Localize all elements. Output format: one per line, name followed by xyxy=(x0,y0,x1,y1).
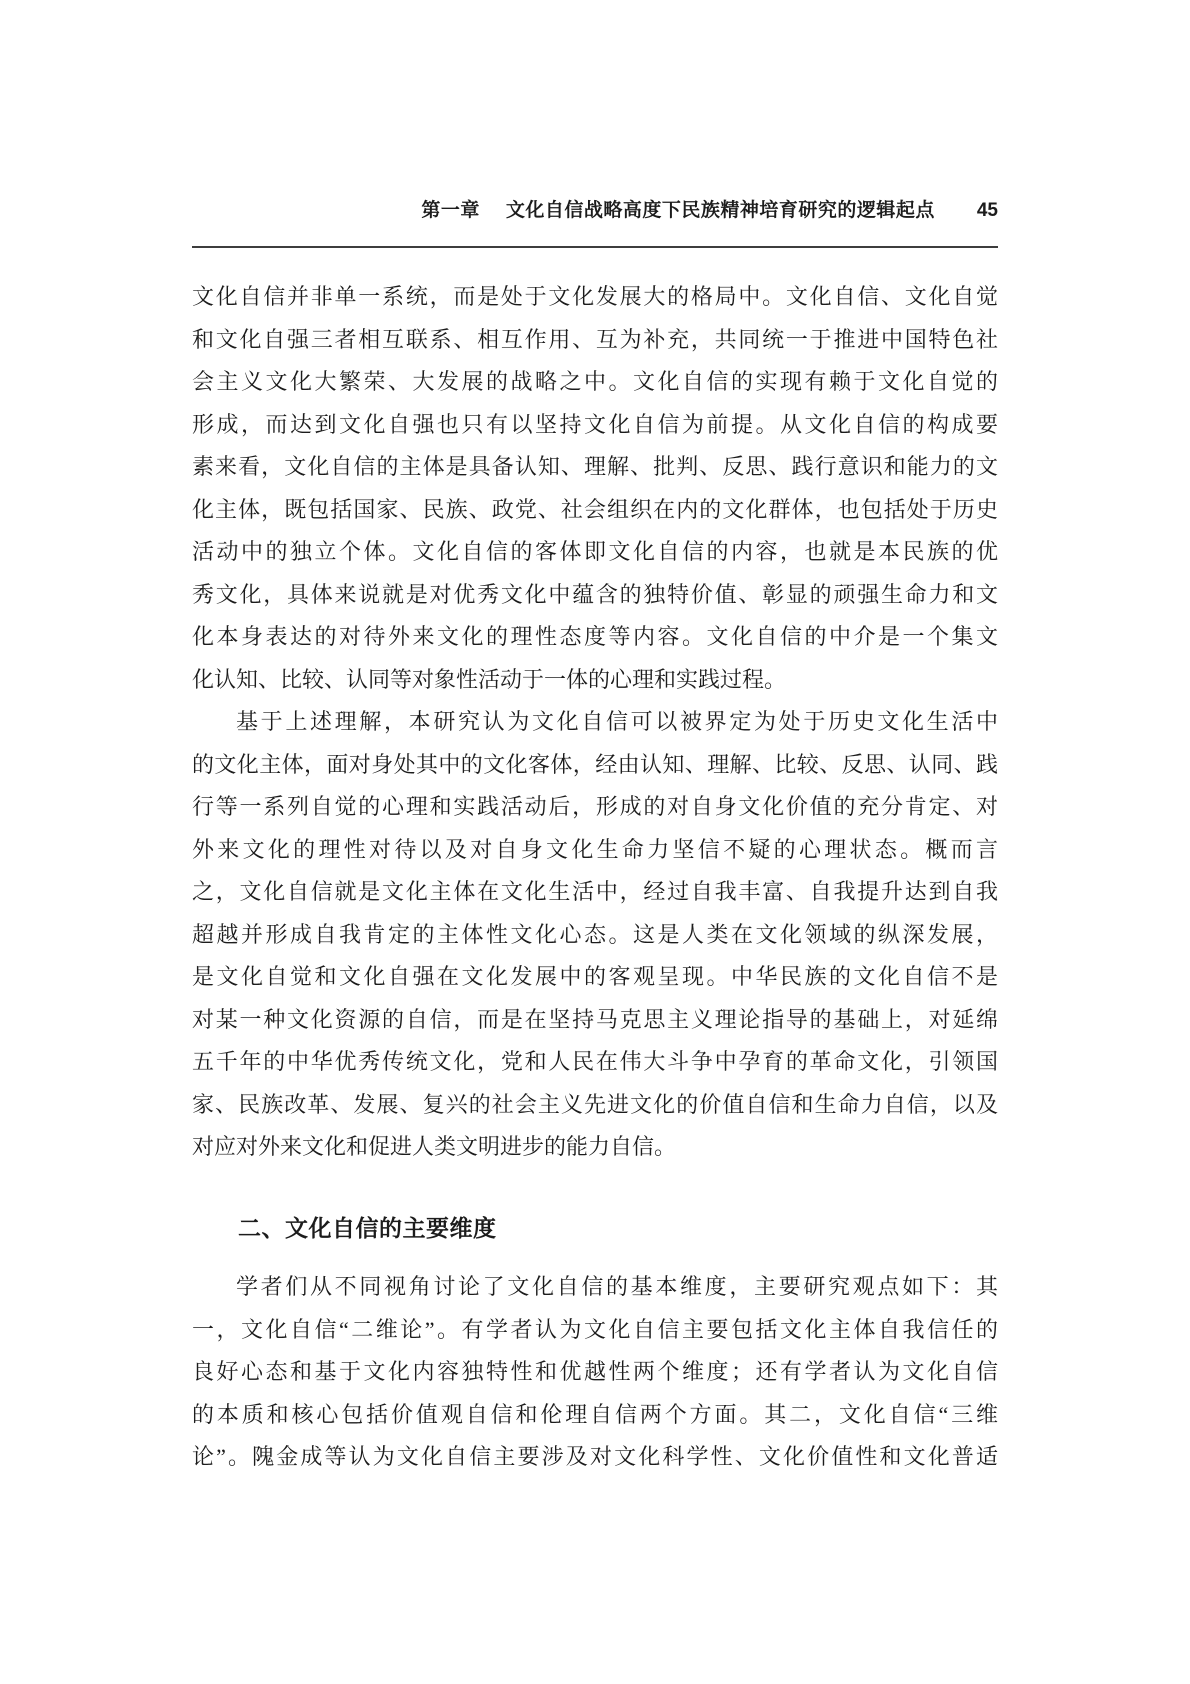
text-line: 和文化自强三者相互联系、相互作用、互为补充，共同统一于推进中国特色社 xyxy=(192,319,998,362)
text-line: 对某一种文化资源的自信，而是在坚持马克思主义理论指导的基础上，对延绵 xyxy=(192,999,998,1042)
text-line: 文化自信并非单一系统，而是处于文化发展大的格局中。文化自信、文化自觉 xyxy=(192,276,998,319)
text-line: 外来文化的理性对待以及对自身文化生命力坚信不疑的心理状态。概而言 xyxy=(192,829,998,872)
text-line: 论”。隗金成等认为文化自信主要涉及对文化科学性、文化价值性和文化普适 xyxy=(192,1436,998,1479)
chapter-title: 文化自信战略高度下民族精神培育研究的逻辑起点 xyxy=(506,200,935,221)
running-header: 第一章文化自信战略高度下民族精神培育研究的逻辑起点45 xyxy=(192,198,998,224)
text-line: 良好心态和基于文化内容独特性和优越性两个维度；还有学者认为文化自信 xyxy=(192,1351,998,1394)
text-line: 行等一系列自觉的心理和实践活动后，形成的对自身文化价值的充分肯定、对 xyxy=(192,786,998,829)
text-line: 的文化主体，面对身处其中的文化客体，经由认知、理解、比较、反思、认同、践 xyxy=(192,744,998,787)
chapter-label: 第一章 xyxy=(421,200,480,221)
text-line: 活动中的独立个体。文化自信的客体即文化自信的内容，也就是本民族的优 xyxy=(192,531,998,574)
page-number: 45 xyxy=(977,200,998,221)
text-line: 五千年的中华优秀传统文化，党和人民在伟大斗争中孕育的革命文化，引领国 xyxy=(192,1041,998,1084)
text-line: 化本身表达的对待外来文化的理性态度等内容。文化自信的中介是一个集文 xyxy=(192,616,998,659)
text-line: 基于上述理解，本研究认为文化自信可以被界定为处于历史文化生活中 xyxy=(192,701,998,744)
text-line: 化主体，既包括国家、民族、政党、社会组织在内的文化群体，也包括处于历史 xyxy=(192,489,998,532)
text-line: 是文化自觉和文化自强在文化发展中的客观呈现。中华民族的文化自信不是 xyxy=(192,956,998,999)
text-line: 素来看，文化自信的主体是具备认知、理解、批判、反思、践行意识和能力的文 xyxy=(192,446,998,489)
text-line: 秀文化，具体来说就是对优秀文化中蕴含的独特价值、彰显的顽强生命力和文 xyxy=(192,574,998,617)
text-line: 一，文化自信“二维论”。有学者认为文化自信主要包括文化主体自我信任的 xyxy=(192,1309,998,1352)
text-line: 之，文化自信就是文化主体在文化生活中，经过自我丰富、自我提升达到自我 xyxy=(192,871,998,914)
section-heading: 二、文化自信的主要维度 xyxy=(192,1207,998,1250)
text-line: 家、民族改革、发展、复兴的社会主义先进文化的价值自信和生命力自信，以及 xyxy=(192,1084,998,1127)
text-line: 会主义文化大繁荣、大发展的战略之中。文化自信的实现有赖于文化自觉的 xyxy=(192,361,998,404)
text-line: 超越并形成自我肯定的主体性文化心态。这是人类在文化领域的纵深发展， xyxy=(192,914,998,957)
page-body: 文化自信并非单一系统，而是处于文化发展大的格局中。文化自信、文化自觉和文化自强三… xyxy=(192,276,998,1479)
book-page: 第一章文化自信战略高度下民族精神培育研究的逻辑起点45 文化自信并非单一系统，而… xyxy=(0,0,1190,1684)
text-line: 化认知、比较、认同等对象性活动于一体的心理和实践过程。 xyxy=(192,659,998,702)
header-rule xyxy=(192,246,998,248)
text-line: 形成，而达到文化自强也只有以坚持文化自信为前提。从文化自信的构成要 xyxy=(192,404,998,447)
text-line: 对应对外来文化和促进人类文明进步的能力自信。 xyxy=(192,1126,998,1169)
text-line: 的本质和核心包括价值观自信和伦理自信两个方面。其二，文化自信“三维 xyxy=(192,1394,998,1437)
text-line: 学者们从不同视角讨论了文化自信的基本维度，主要研究观点如下：其 xyxy=(192,1266,998,1309)
